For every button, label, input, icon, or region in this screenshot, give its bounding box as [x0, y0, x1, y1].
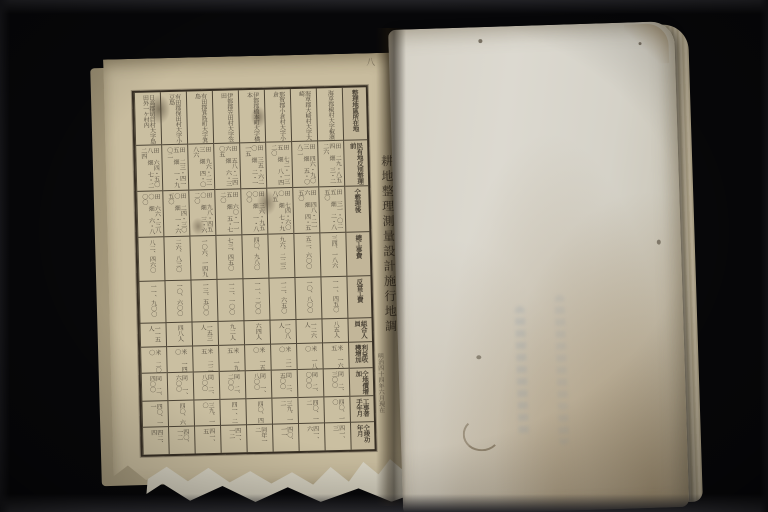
vertical-text: 四一、三 [331, 425, 344, 446]
value-cell: 一三、五〇〇 [191, 279, 217, 322]
case-frame-left [0, 0, 10, 512]
value-cell: 六四人 [244, 320, 270, 345]
value-cell: 三四、一八六 [320, 232, 346, 277]
value-cell: 一二、一〇〇 [217, 278, 243, 321]
vertical-text: 七三、四五〇 [226, 238, 233, 271]
value-cell: 同 二、四〇〇 [142, 372, 168, 401]
vertical-text: 田 二四・三〇〇 畑 一・六五〇 [167, 193, 186, 236]
vertical-text: 四〇、一二 [305, 400, 318, 423]
vertical-text: 同 一、八〇〇 [252, 373, 265, 398]
vertical-text: 米 二二五 [200, 348, 213, 371]
value-cell: 四八人 [166, 322, 192, 347]
vertical-text: 一二、一〇〇 [227, 282, 234, 315]
vertical-text: 二六、八三〇 [174, 239, 181, 272]
place-name-cell: 伊都郡橋本町大字橋本 [239, 90, 265, 143]
place-name-cell: 那賀郡小倉村大字小倉 [265, 89, 291, 142]
vertical-text: 四〇、六 [178, 403, 185, 425]
value-cell: 八二、四六〇 [138, 236, 164, 281]
value-cell: 四〇、一一 [273, 423, 299, 448]
vertical-text: 四二、四 [149, 429, 162, 450]
vertical-text: 一一五人 [147, 325, 160, 346]
value-cell: 田 七四・六〇〇 畑 七・九八五 [267, 187, 293, 234]
bleed-through-text [554, 295, 569, 445]
header-label-cell: 仝竣功年月 [351, 421, 375, 446]
place-name-cell: 日高郡切目村大字島田外一ケ村内 [135, 92, 161, 145]
value-cell: 五二、六〇〇 [294, 232, 320, 277]
vertical-text: 一〇六、一四九 [200, 238, 207, 277]
value-cell: 田 三六・九五〇 畑 一・八〇〇 [241, 188, 267, 235]
value-cell: 四一、二 [220, 398, 246, 425]
value-cell: 田 二三・四一五 畑 一・九〇二 [162, 144, 188, 191]
vertical-text: 田 九六・二二三 畑 四・〇八六 [192, 146, 211, 189]
vertical-text: 田 四六・九〇三 畑 五・〇八二 [295, 144, 314, 187]
vertical-text: 四一、六 [305, 426, 318, 447]
date-note: 明治四十四年六月現在 [375, 353, 386, 429]
header-label-cell: 民有地反別整理前 [344, 139, 368, 186]
value-cell: 四一、五 [195, 425, 221, 450]
value-cell: 米 一八〇 [297, 342, 323, 369]
value-cell: 二六、八三〇 [164, 236, 190, 281]
vertical-text: 利益收穫增加 [354, 344, 368, 367]
vertical-text: 米 一五〇 [252, 347, 265, 370]
value-cell: 田 六六・三八〇 畑 六・八〇〇 [137, 190, 163, 237]
vertical-text: 工事著手年月 [355, 398, 369, 421]
place-name-cell: 有田郡箕島町大字箕島 [187, 91, 213, 144]
vertical-text: 同 二、五〇〇 [278, 372, 291, 397]
vertical-text: 田 六四・五〇八 畑 七・二二四 [140, 147, 159, 190]
value-cell: 一一、二〇〇 [243, 278, 269, 321]
value-cell: 田 五八・二四六 畑 六・三〇五 [214, 142, 240, 189]
vertical-text: 四〇、一一 [149, 403, 162, 426]
vertical-text: 田 五八・二四六 畑 六・三〇五 [218, 145, 237, 188]
place-name-cell: 有田郡保田村大字小豆島 [161, 92, 187, 145]
vertical-text: 一二六人 [303, 322, 316, 343]
speck [639, 42, 642, 45]
value-cell: 田 六〇・一一五 畑 五・七二〇 [215, 188, 241, 235]
value-cell: 四〇、四 [246, 398, 272, 425]
value-cell: 田 二九・八五四 畑 三・二二六 [318, 140, 344, 187]
value-cell: 一〇八人 [270, 319, 296, 344]
vertical-text: 九六、二二三 [278, 236, 285, 269]
vertical-text: 米 一四〇 [174, 349, 187, 372]
vertical-text: 同 二、二〇〇 [226, 373, 239, 398]
value-cell: 八五人 [322, 318, 348, 343]
value-cell: 同 一、八〇〇 [246, 370, 272, 399]
value-cell: 田 二四・三〇〇 畑 一・六五〇 [163, 190, 189, 237]
vertical-text: 一五三人 [199, 324, 212, 345]
vertical-text: 有田郡保田村大字小豆島 [167, 94, 180, 144]
vertical-text: 米 二一〇 [277, 346, 290, 369]
value-cell: 四二、四 [143, 426, 169, 451]
vertical-text: 一一、九〇〇 [149, 283, 156, 316]
value-cell: 同 二、五〇〇 [272, 369, 298, 398]
value-cell: 四〇、一二 [169, 426, 195, 451]
vertical-text: 四〇、一二 [175, 429, 188, 450]
vertical-text: 同 二、四〇〇 [148, 375, 161, 400]
vertical-text: 田 六六・三八〇 畑 六・八〇〇 [141, 193, 160, 236]
vertical-text: 田 三一・〇二五 畑 二・八五〇 [323, 189, 342, 232]
header-label-cell: 工事著手年月 [350, 395, 374, 422]
vertical-text: 一〇八人 [277, 322, 290, 343]
value-cell: 田 四八・二一六 畑 四・五五〇 [293, 186, 319, 233]
header-label-cell: 總工事費 [346, 231, 370, 276]
value-cell: 七三、四五〇 [216, 234, 242, 279]
vertical-text: 八五人 [332, 321, 339, 338]
value-cell: 一一、四五〇 [321, 276, 347, 319]
place-name-cell: 海草郡椒村大字椒濱 [317, 88, 343, 141]
value-cell: 四一、六 [299, 422, 325, 447]
right-page-blank-verso [388, 21, 689, 512]
value-cell: 一一五人 [140, 322, 166, 347]
case-frame-bottom [0, 494, 768, 512]
vertical-text: 海草郡大崎村大字大崎 [297, 91, 310, 141]
left-page: 整理地區所在地民有地反別整理前仝整理後總工事費反當工費組合人員利益收穫增加仝地價… [103, 52, 411, 489]
vertical-text: 田 六〇・一一五 畑 五・七二〇 [219, 191, 238, 234]
vertical-text: 田 三六・九五〇 畑 一・八〇〇 [245, 191, 264, 234]
value-cell: 一一、九〇〇 [139, 280, 165, 323]
vertical-text: 總工事費 [355, 234, 362, 258]
vertical-text: 四〇、一〇 [331, 399, 344, 422]
vertical-text: 四〇、九八〇 [252, 237, 259, 270]
photo-of-open-book: 整理地區所在地民有地反別整理前仝整理後總工事費反當工費組合人員利益收穫增加仝地價… [0, 0, 768, 512]
value-cell: 同 二、二〇〇 [220, 370, 246, 399]
vertical-text: 田 三五・六二〇 畑 二・一一五 [244, 145, 263, 188]
vertical-text: 九二人 [228, 324, 235, 341]
value-cell: 一二、六五〇 [269, 277, 295, 320]
vertical-text: 同 一、六〇〇 [174, 375, 187, 400]
value-cell: 四一、一二 [221, 424, 247, 449]
vertical-text: 田 二三・四一五 畑 一・九〇二 [166, 147, 185, 190]
value-cell: 田 三一・〇二五 畑 二・八五〇 [319, 186, 345, 233]
vertical-text: 仝整理後 [353, 188, 360, 212]
header-label-cell: 仝地價增加 [350, 367, 374, 396]
vertical-text: 米 一八〇 [303, 346, 316, 369]
value-cell: 四〇、九八〇 [242, 234, 268, 279]
value-cell: 九二人 [218, 320, 244, 345]
vertical-text: 同年一二 [253, 427, 266, 448]
vertical-text: 米 一九五 [226, 347, 239, 370]
vertical-text: 田 九八・四五〇 畑 三・六二〇 [193, 192, 212, 235]
vertical-text: 整理地區所在地 [351, 89, 359, 131]
vertical-text: 四一、一二 [227, 427, 240, 448]
vertical-text: 仝竣功年月 [356, 424, 370, 445]
vertical-text: 三九、一〇 [201, 402, 214, 425]
vertical-text: 四八人 [176, 325, 183, 342]
value-cell: 田 三五・六二〇 畑 二・一一五 [240, 142, 266, 189]
value-cell: 四〇、一二 [298, 396, 324, 423]
vertical-text: 田 七二・一三五 畑 八・四二〇 [269, 144, 288, 187]
value-cell: 田 六四・五〇八 畑 七・二二四 [136, 144, 162, 191]
value-cell: 同 二、三〇〇 [324, 368, 350, 397]
vertical-text: 一〇、八〇〇 [305, 280, 312, 313]
value-cell: 一五三人 [192, 321, 218, 346]
value-cell: 米 一四〇 [167, 346, 193, 373]
vertical-text: 伊都郡笠田村大字笠田 [219, 93, 232, 143]
value-cell: 九六、二二三 [268, 233, 294, 278]
vertical-text: 四〇、一一 [279, 426, 292, 447]
vertical-text: 四一、二 [230, 401, 237, 423]
corner-wear-stain [624, 23, 669, 64]
value-cell: 米 二二五 [193, 345, 219, 372]
value-cell: 同 二、八〇〇 [194, 371, 220, 400]
value-cell: 同年一二 [247, 424, 273, 449]
value-cell: 一二六人 [296, 318, 322, 343]
vertical-text: 同 二、八〇〇 [200, 374, 213, 399]
value-cell: 三九、一〇 [194, 399, 220, 426]
case-frame-right [760, 0, 768, 512]
vertical-text: 組合人員 [353, 320, 367, 341]
vertical-text: 八二、四六〇 [148, 239, 155, 272]
value-cell: 四一、三 [325, 422, 351, 447]
vertical-text: 田 二九・八五四 畑 三・二二六 [321, 143, 340, 186]
value-cell: 同 一、六〇〇 [168, 372, 194, 401]
speck [476, 355, 481, 359]
place-name-cell: 伊都郡笠田村大字笠田 [213, 90, 239, 143]
value-cell: 田 九六・二二三 畑 四・〇八六 [188, 143, 214, 190]
value-cell: 三九、一二 [272, 397, 298, 424]
bleed-through-text [515, 306, 529, 436]
vertical-text: 田 七四・六〇〇 畑 七・九八五 [271, 190, 290, 233]
speck [657, 240, 661, 245]
speck [478, 39, 482, 43]
vertical-text: 反當工費 [356, 278, 363, 302]
vertical-text: 一一、四五〇 [331, 279, 338, 312]
value-cell: 四〇、六 [168, 400, 194, 427]
header-label-cell: 組合人員 [348, 317, 372, 342]
vertical-text: 同 二、〇〇〇 [304, 372, 317, 397]
land-adjustment-table: 整理地區所在地民有地反別整理前仝整理後總工事費反當工費組合人員利益收穫增加仝地價… [132, 85, 377, 457]
value-cell: 田 九八・四五〇 畑 三・六二〇 [189, 189, 215, 236]
vertical-text: 同 二、三〇〇 [330, 371, 343, 396]
header-label-cell: 反當工費 [347, 275, 371, 318]
place-name-cell: 海草郡大崎村大字大崎 [291, 88, 317, 141]
vertical-text: 三九、一二 [279, 400, 292, 423]
case-frame-top [0, 0, 768, 14]
vertical-text: 一一、二〇〇 [253, 281, 260, 314]
vertical-text: 一二、六五〇 [279, 280, 286, 313]
vertical-text: 四〇、四 [256, 401, 263, 423]
page-number: 八 [366, 55, 375, 68]
value-cell: 四〇、一〇 [324, 396, 350, 423]
crease-stain [462, 417, 501, 452]
vertical-text: 仝地價增加 [355, 370, 369, 395]
vertical-text: 一三、五〇〇 [201, 282, 208, 315]
vertical-text: 海草郡椒村大字椒濱 [326, 90, 333, 140]
vertical-text: 有田郡箕島町大字箕島 [193, 93, 206, 143]
header-location-cell: 整理地區所在地 [343, 87, 367, 140]
value-cell: 一〇六、一四九 [190, 235, 216, 280]
value-cell: 米 一九五 [219, 344, 245, 371]
value-cell: 米 二一〇 [271, 343, 297, 370]
value-cell: 一〇、六〇〇 [165, 280, 191, 323]
header-label-cell: 利益收穫增加 [349, 341, 373, 368]
vertical-text: 五二、六〇〇 [304, 236, 311, 269]
value-cell: 田 七二・一三五 畑 八・四二〇 [266, 141, 292, 188]
vertical-text: 民有地反別整理前 [349, 142, 363, 185]
vertical-text: 田 四八・二一六 畑 四・五五〇 [297, 190, 316, 233]
value-cell: 四〇、一一 [142, 400, 168, 427]
vertical-text: 三四、一八六 [330, 235, 337, 268]
vertical-text: 一〇、六〇〇 [175, 283, 182, 316]
value-cell: 同 二、〇〇〇 [298, 368, 324, 397]
vertical-text: 米 二〇〇 [148, 349, 161, 372]
value-cell: 一〇、八〇〇 [295, 276, 321, 319]
value-cell: 田 四六・九〇三 畑 五・〇八二 [292, 140, 318, 187]
vertical-text: 六四人 [254, 323, 261, 340]
vertical-text: 那賀郡小倉村大字小倉 [271, 91, 284, 141]
value-cell: 米 二〇〇 [141, 346, 167, 373]
value-cell: 米 一五〇 [245, 344, 271, 371]
vertical-text: 日高郡切目村大字島田外一ケ村内 [141, 94, 154, 144]
header-label-cell: 仝整理後 [345, 185, 369, 232]
vertical-text: 米 一六五 [329, 345, 342, 368]
vertical-text: 伊都郡橋本町大字橋本 [245, 92, 258, 142]
vertical-text: 四一、五 [201, 428, 214, 449]
value-cell: 米 一六五 [323, 342, 349, 369]
